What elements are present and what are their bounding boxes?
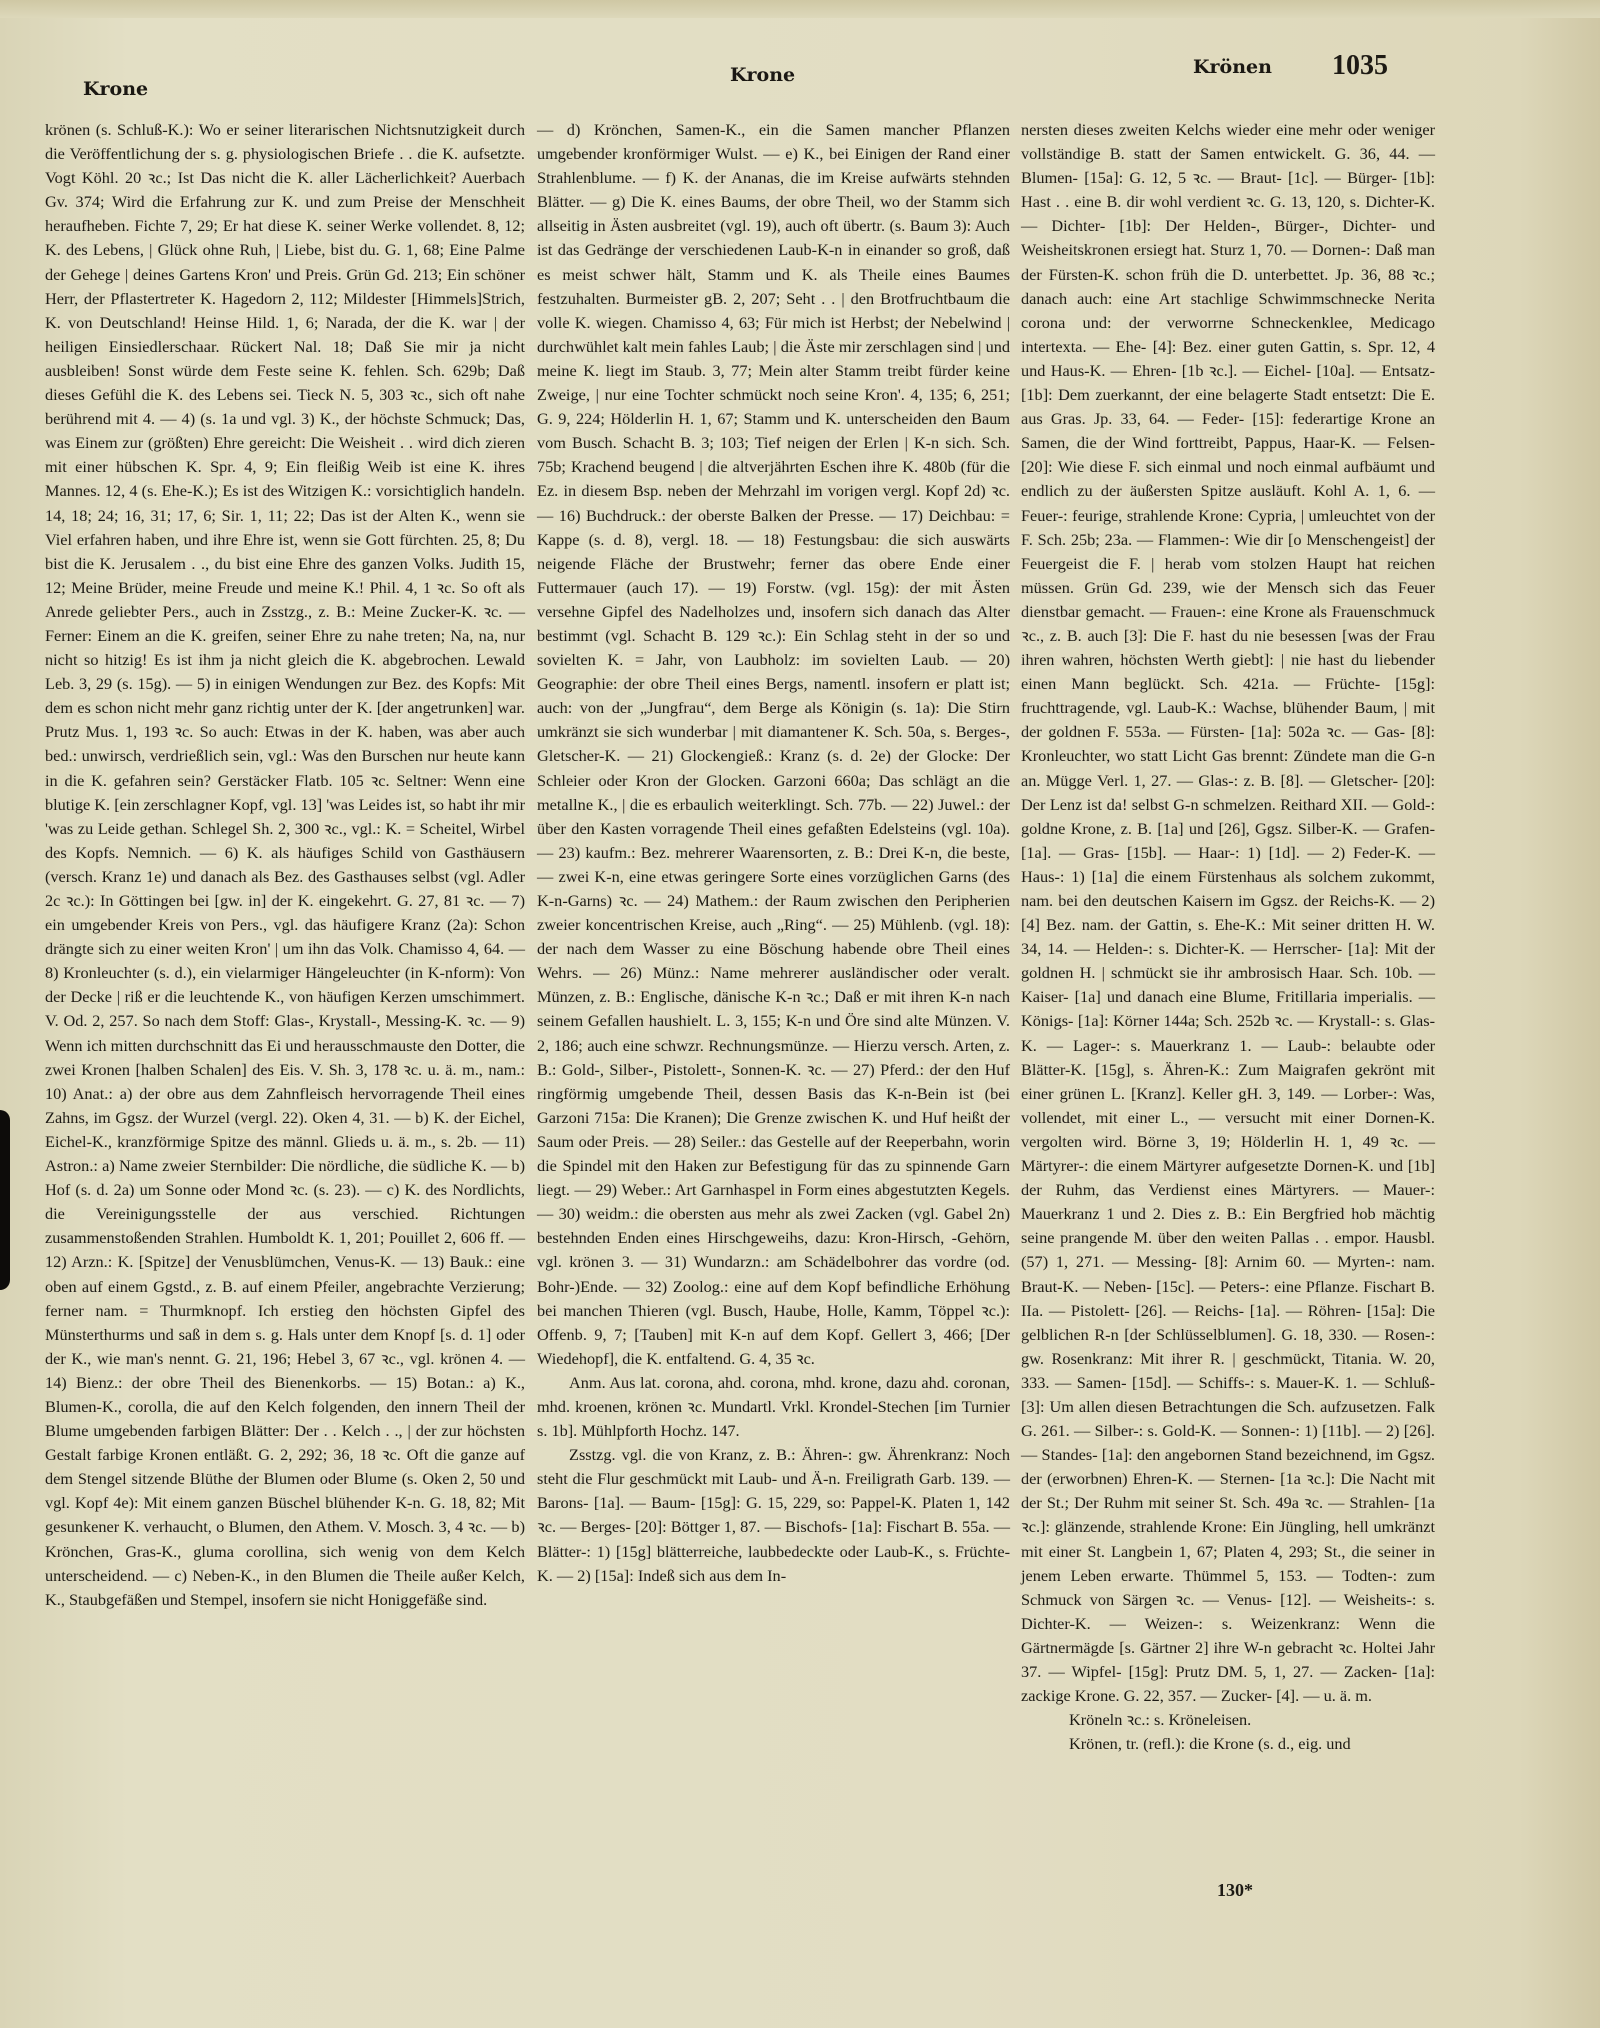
binding-shadow xyxy=(0,1110,10,1290)
column-1: krönen (s. Schluß-K.): Wo er seiner lite… xyxy=(45,118,525,1612)
scanned-page: Krone Krone Krönen 1035 krönen (s. Schlu… xyxy=(0,0,1600,2028)
column-2: — d) Krönchen, Samen-K., ein die Samen m… xyxy=(537,118,1010,1588)
column-1-paragraph: krönen (s. Schluß-K.): Wo er seiner lite… xyxy=(45,118,525,1612)
header-headword-left: Krone xyxy=(83,78,148,100)
entry-kroenen: Krönen, tr. (refl.): die Krone (s. d., e… xyxy=(1021,1732,1435,1756)
signature-mark: 130* xyxy=(1217,1880,1253,1901)
etymology-note: Anm. Aus lat. corona, ahd. corona, mhd. … xyxy=(537,1371,1010,1443)
entry-kroeneln: Kröneln ꝛc.: s. Kröneleisen. xyxy=(1021,1708,1435,1732)
header-headword-center: Krone xyxy=(730,64,795,86)
page-number: 1035 xyxy=(1332,50,1388,82)
header-headword-right: Krönen xyxy=(1193,56,1272,78)
column-2-paragraph: — d) Krönchen, Samen-K., ein die Samen m… xyxy=(537,118,1010,1371)
column-3: nersten dieses zweiten Kelchs wieder ein… xyxy=(1021,118,1435,1756)
running-header: Krone Krone Krönen 1035 xyxy=(0,52,1600,92)
column-3-paragraph: nersten dieses zweiten Kelchs wieder ein… xyxy=(1021,118,1435,1708)
page-top-edge xyxy=(0,0,1600,18)
compounds-paragraph: Zsstzg. vgl. die von Kranz, z. B.: Ähren… xyxy=(537,1443,1010,1588)
